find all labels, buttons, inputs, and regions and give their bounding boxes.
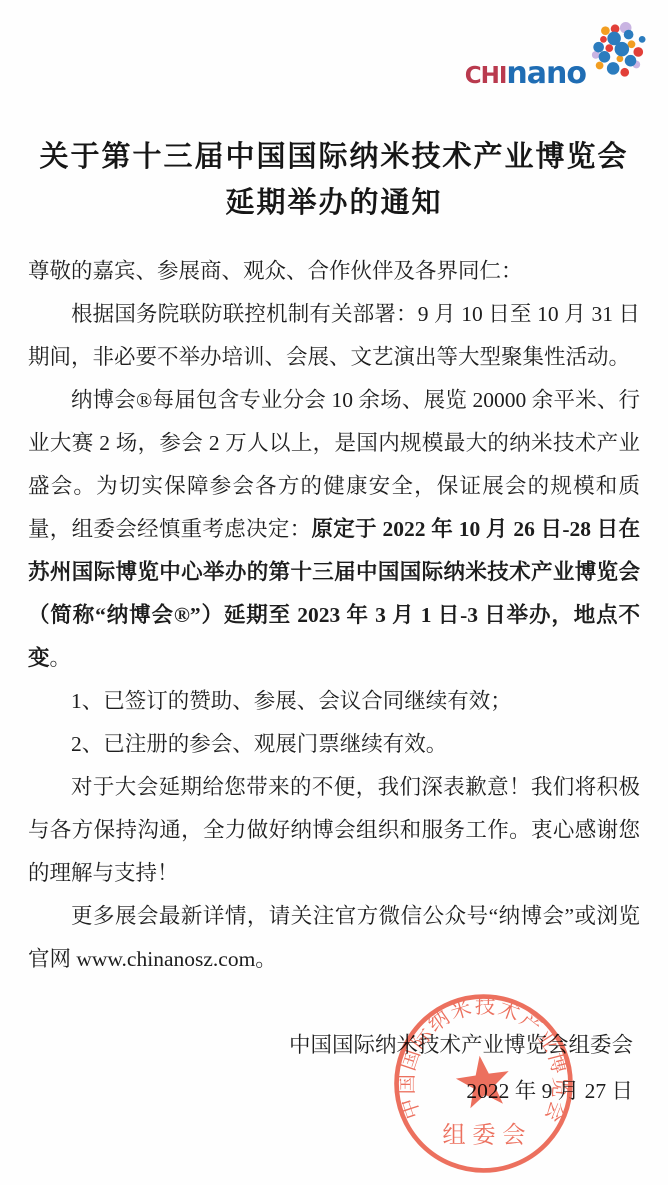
list-item-tickets: 2、已注册的参会、观展门票继续有效。 — [28, 723, 640, 766]
notice-title-line1: 关于第十三届中国国际纳米技术产业博览会 — [39, 141, 628, 173]
chinano-logo: CHInano — [465, 22, 646, 89]
paragraph-policy: 根据国务院联防联控机制有关部署：9 月 10 日至 10 月 31 日期间，非必… — [28, 293, 640, 379]
signature-date: 2022 年 9 月 27 日 — [289, 1077, 633, 1105]
signature-committee: 中国国际纳米技术产业博览会组委会 — [289, 1031, 633, 1059]
list-item-contracts: 1、已签订的赞助、参展、会议合同继续有效； — [28, 680, 640, 723]
paragraph-apology: 对于大会延期给您带来的不便，我们深表歉意！我们将积极与各方保持沟通，全力做好纳博… — [28, 766, 640, 895]
postponement-end-punct: 。 — [50, 646, 72, 670]
notice-body: 尊敬的嘉宾、参展商、观众、合作伙伴及各界同仁： 根据国务院联防联控机制有关部署：… — [28, 250, 640, 981]
seal-bottom-text: 组委会 — [442, 1121, 532, 1147]
paragraph-more-info: 更多展会最新详情，请关注官方微信公众号“纳博会”或浏览官网 www.chinan… — [28, 895, 640, 981]
chinano-wordmark: CHInano — [465, 59, 586, 89]
salutation: 尊敬的嘉宾、参展商、观众、合作伙伴及各界同仁： — [28, 250, 640, 293]
signature-block: 中国国际纳米技术产业博览会组委会 2022 年 9 月 27 日 — [289, 1031, 633, 1105]
logo-text-chi: CHI — [465, 63, 507, 89]
notice-document: CHInano — [0, 0, 668, 1185]
logo-text-nano: nano — [506, 56, 586, 91]
paragraph-postponement: 纳博会®每届包含专业分会 10 余场、展览 20000 余平米、行业大赛 2 场… — [28, 379, 640, 680]
chinano-sphere-icon — [588, 22, 646, 80]
notice-title-line2: 延期举办的通知 — [225, 187, 442, 219]
